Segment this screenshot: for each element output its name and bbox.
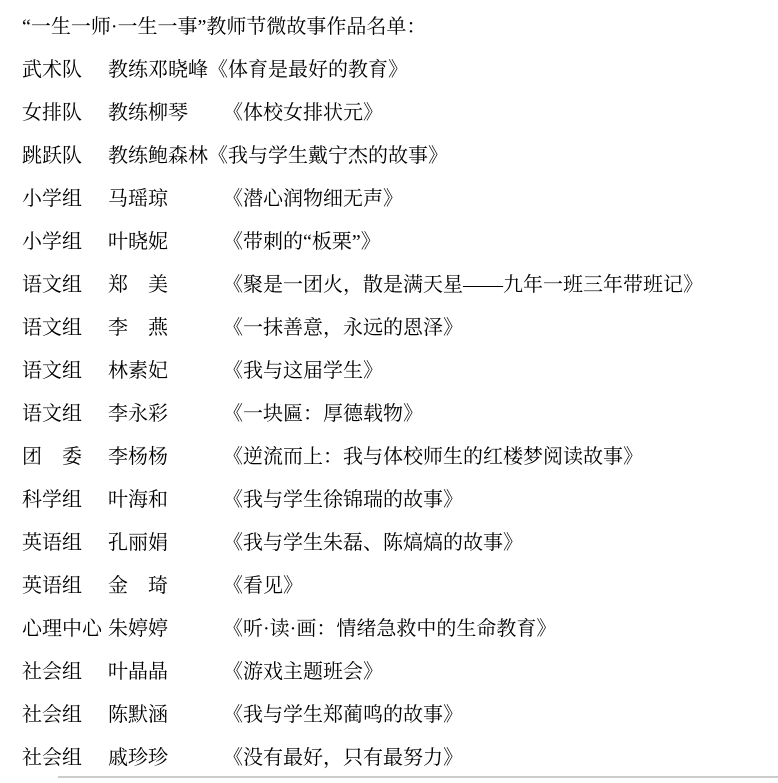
row-work-title: 《潜心润物细无声》 [223, 188, 403, 210]
row-author: 叶晶晶 [108, 651, 223, 694]
list-row: 社会组叶晶晶《游戏主题班会》 [22, 651, 778, 694]
row-work-title: 《我与学生郑蔺鸣的故事》 [223, 704, 463, 726]
row-author: 戚珍珍 [108, 737, 223, 780]
row-author: 郑 美 [108, 264, 223, 307]
page-bottom-divider [58, 776, 778, 778]
row-author: 李杨杨 [108, 436, 223, 479]
row-group: 英语组 [22, 522, 108, 565]
row-work-title: 《逆流而上：我与体校师生的红楼梦阅读故事》 [223, 446, 643, 468]
list-row: 心理中心朱婷婷《听·读·画：情绪急救中的生命教育》 [22, 608, 778, 651]
row-group: 小学组 [22, 178, 108, 221]
row-work-title: 《我与学生徐锦瑞的故事》 [223, 489, 463, 511]
list-row: 武术队教练邓晓峰《体育是最好的教育》 [22, 49, 778, 92]
row-group: 英语组 [22, 565, 108, 608]
list-row: 跳跃队教练鲍森林《我与学生戴宁杰的故事》 [22, 135, 778, 178]
row-author: 林素妃 [108, 350, 223, 393]
list-row: 语文组李 燕《一抹善意，永远的恩泽》 [22, 307, 778, 350]
row-author: 李 燕 [108, 307, 223, 350]
row-group: 科学组 [22, 479, 108, 522]
row-work-title: 《看见》 [223, 575, 303, 597]
row-group: 小学组 [22, 221, 108, 264]
list-row: 科学组叶海和《我与学生徐锦瑞的故事》 [22, 479, 778, 522]
row-author: 马瑶琼 [108, 178, 223, 221]
row-group: 语文组 [22, 350, 108, 393]
row-author: 朱婷婷 [108, 608, 223, 651]
row-group: 社会组 [22, 651, 108, 694]
row-work-title: 《听·读·画：情绪急救中的生命教育》 [223, 618, 556, 640]
row-group: 语文组 [22, 307, 108, 350]
row-work-title: 《一抹善意，永远的恩泽》 [223, 317, 463, 339]
list-row: 女排队教练柳琴《体校女排状元》 [22, 92, 778, 135]
row-group: 心理中心 [22, 608, 108, 651]
list-row: 英语组孔丽娟《我与学生朱磊、陈熇熇的故事》 [22, 522, 778, 565]
row-group: 团 委 [22, 436, 108, 479]
row-author: 李永彩 [108, 393, 223, 436]
list-row: 语文组郑 美《聚是一团火，散是满天星——九年一班三年带班记》 [22, 264, 778, 307]
document-title: “一生一师·一生一事”教师节微故事作品名单： [22, 6, 778, 49]
row-work-title: 《我与这届学生》 [223, 360, 383, 382]
row-group: 语文组 [22, 393, 108, 436]
list-row: 语文组林素妃《我与这届学生》 [22, 350, 778, 393]
row-author: 教练邓晓峰 [108, 49, 208, 92]
row-group: 语文组 [22, 264, 108, 307]
row-author: 教练鲍森林 [108, 135, 208, 178]
row-work-title: 《一块匾：厚德载物》 [223, 403, 423, 425]
row-author: 叶晓妮 [108, 221, 223, 264]
row-author: 叶海和 [108, 479, 223, 522]
list-row: 英语组金 琦《看见》 [22, 565, 778, 608]
row-group: 女排队 [22, 92, 108, 135]
row-work-title: 《聚是一团火，散是满天星——九年一班三年带班记》 [223, 274, 703, 296]
document: “一生一师·一生一事”教师节微故事作品名单： 武术队教练邓晓峰《体育是最好的教育… [22, 6, 778, 780]
row-author: 金 琦 [108, 565, 223, 608]
row-author: 陈默涵 [108, 694, 223, 737]
row-author: 孔丽娟 [108, 522, 223, 565]
row-group: 跳跃队 [22, 135, 108, 178]
row-group: 社会组 [22, 694, 108, 737]
row-group: 武术队 [22, 49, 108, 92]
row-group: 社会组 [22, 737, 108, 780]
row-work-title: 《体育是最好的教育》 [208, 59, 408, 81]
list-row: 社会组陈默涵《我与学生郑蔺鸣的故事》 [22, 694, 778, 737]
list-row: 小学组马瑶琼《潜心润物细无声》 [22, 178, 778, 221]
list-row: 语文组李永彩《一块匾：厚德载物》 [22, 393, 778, 436]
row-work-title: 《没有最好，只有最努力》 [223, 747, 463, 769]
row-work-title: 《带刺的“板栗”》 [223, 231, 381, 253]
row-work-title: 《游戏主题班会》 [223, 661, 383, 683]
row-work-title: 《体校女排状元》 [223, 102, 383, 124]
list-row: 小学组叶晓妮《带刺的“板栗”》 [22, 221, 778, 264]
row-work-title: 《我与学生戴宁杰的故事》 [208, 145, 448, 167]
row-work-title: 《我与学生朱磊、陈熇熇的故事》 [223, 532, 523, 554]
list-row: 团 委李杨杨《逆流而上：我与体校师生的红楼梦阅读故事》 [22, 436, 778, 479]
list-row: 社会组戚珍珍《没有最好，只有最努力》 [22, 737, 778, 780]
row-author: 教练柳琴 [108, 92, 223, 135]
